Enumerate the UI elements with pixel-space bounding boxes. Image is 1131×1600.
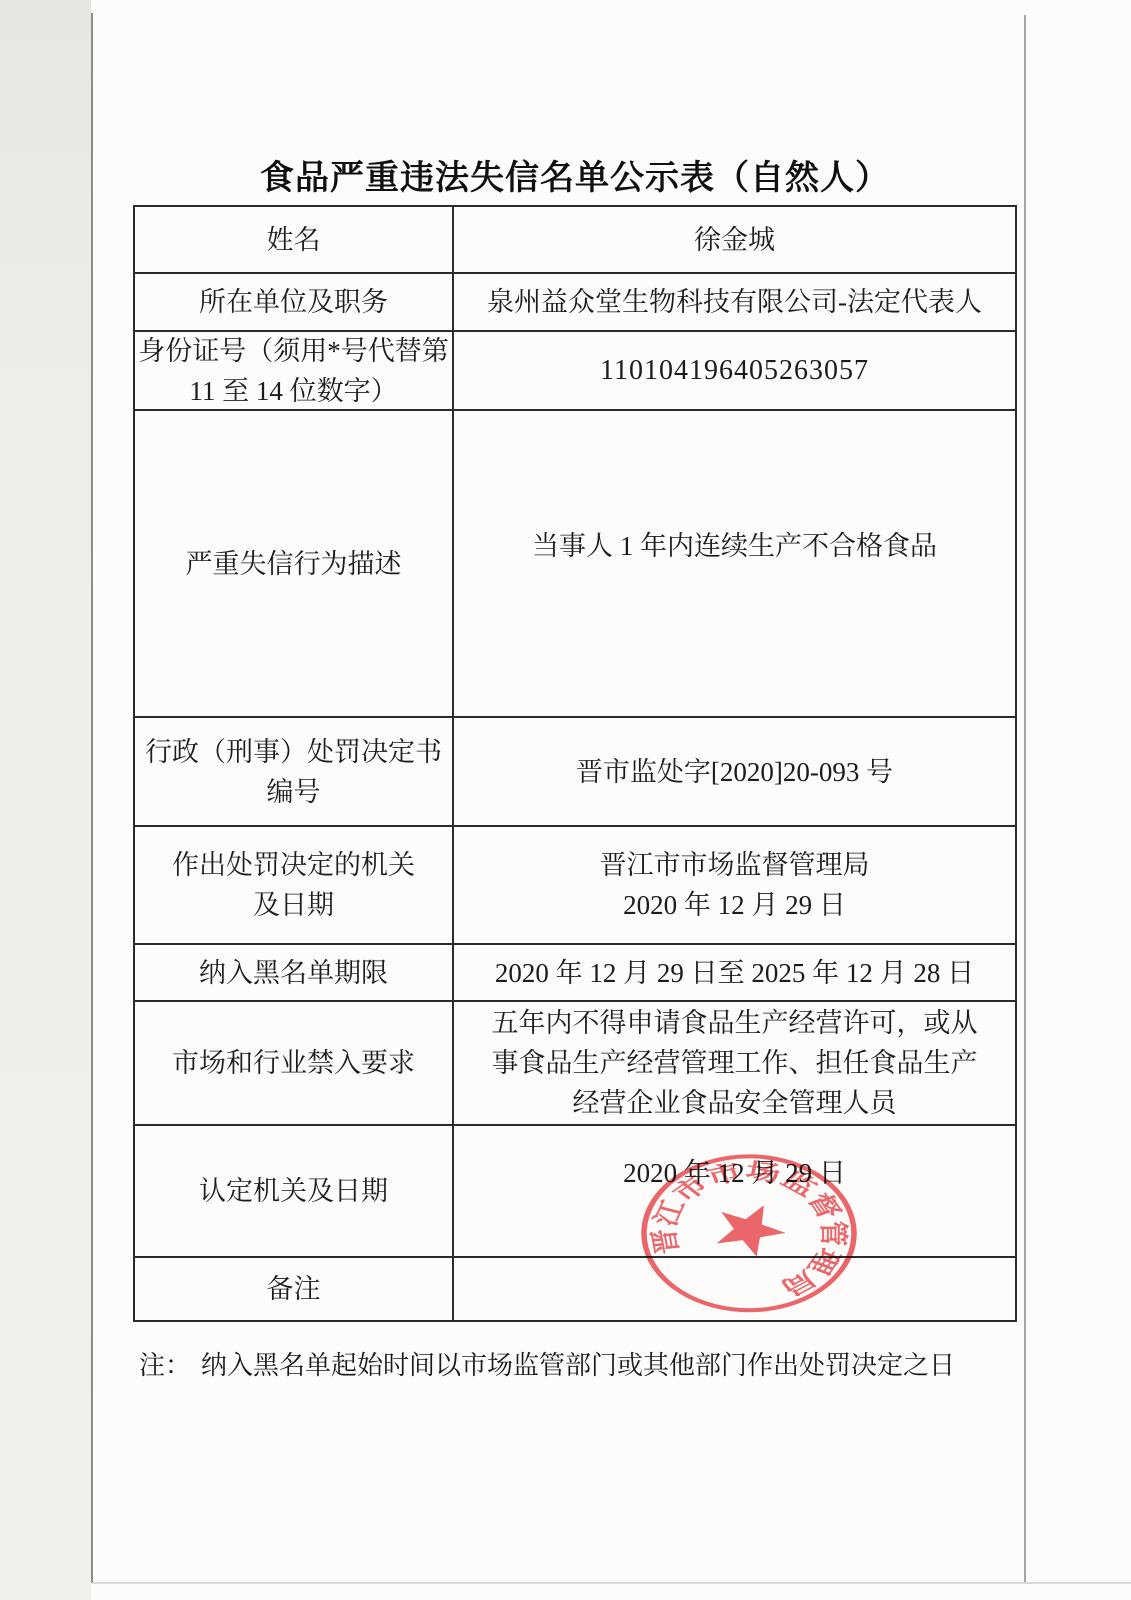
row-value-organization: 泉州益众堂生物科技有限公司-法定代表人: [454, 274, 1015, 330]
row-label-penalty-authority-date: 作出处罚决定的机关 及日期: [135, 827, 454, 943]
table-row-id-number: 身份证号（须用*号代替第 11 至 14 位数字） 11010419640526…: [135, 330, 1015, 409]
row-label-blacklist-period: 纳入黑名单期限: [135, 945, 454, 1000]
footnote-label: 注：: [139, 1349, 191, 1383]
scan-edge-line-right: [1024, 15, 1026, 1583]
table-row-dishonesty-description: 严重失信行为描述 当事人 1 年内连续生产不合格食品: [135, 409, 1015, 716]
row-label-id-number: 身份证号（须用*号代替第 11 至 14 位数字）: [135, 332, 454, 409]
official-seal-stamp: 晋江市市场监督管理局: [632, 1137, 866, 1333]
table-row-penalty-authority-date: 作出处罚决定的机关 及日期 晋江市市场监督管理局 2020 年 12 月 29 …: [135, 825, 1015, 943]
table-row-confirming-authority-date: 认定机关及日期 2020 年 12 月 29 日: [135, 1124, 1015, 1256]
table-row-blacklist-period: 纳入黑名单期限 2020 年 12 月 29 日至 2025 年 12 月 28…: [135, 943, 1015, 1000]
table-row-name: 姓名 徐金城: [135, 207, 1015, 272]
seal-star-icon: [704, 1195, 796, 1261]
row-value-penalty-authority-date: 晋江市市场监督管理局 2020 年 12 月 29 日: [454, 827, 1015, 943]
table-row-market-ban-requirements: 市场和行业禁入要求 五年内不得申请食品生产经营许可，或从 事食品生产经营管理工作…: [135, 1000, 1015, 1124]
row-label-dishonesty-description: 严重失信行为描述: [135, 411, 454, 716]
scan-left-margin: [0, 0, 91, 1600]
scan-edge-line-left: [91, 13, 93, 1583]
table-row-organization: 所在单位及职务 泉州益众堂生物科技有限公司-法定代表人: [135, 272, 1015, 330]
row-label-remarks: 备注: [135, 1258, 454, 1320]
row-label-confirming-authority-date: 认定机关及日期: [135, 1126, 454, 1256]
table-row-penalty-decision-number: 行政（刑事）处罚决定书 编号 晋市监处字[2020]20-093 号: [135, 716, 1015, 825]
row-label-penalty-decision-number: 行政（刑事）处罚决定书 编号: [135, 718, 454, 825]
scanned-page: 食品严重违法失信名单公示表（自然人） 姓名 徐金城 所在单位及职务 泉州益众堂生…: [0, 0, 1131, 1600]
row-value-penalty-decision-number: 晋市监处字[2020]20-093 号: [454, 718, 1015, 825]
row-value-blacklist-period: 2020 年 12 月 29 日至 2025 年 12 月 28 日: [454, 945, 1015, 1000]
row-label-market-ban-requirements: 市场和行业禁入要求: [135, 1002, 454, 1124]
blacklist-table: 姓名 徐金城 所在单位及职务 泉州益众堂生物科技有限公司-法定代表人 身份证号（…: [133, 205, 1017, 1322]
row-value-dishonesty-description: 当事人 1 年内连续生产不合格食品: [454, 411, 1015, 716]
row-value-id-number: 110104196405263057: [454, 332, 1015, 409]
footnote-text: 纳入黑名单起始时间以市场监管部门或其他部门作出处罚决定之日: [201, 1349, 955, 1383]
page-title: 食品严重违法失信名单公示表（自然人）: [133, 156, 1017, 200]
footnote: 注： 纳入黑名单起始时间以市场监管部门或其他部门作出处罚决定之日: [139, 1349, 1019, 1383]
row-value-market-ban-requirements: 五年内不得申请食品生产经营许可，或从 事食品生产经营管理工作、担任食品生产 经营…: [454, 1002, 1015, 1124]
table-row-remarks: 备注: [135, 1256, 1015, 1320]
row-value-name: 徐金城: [454, 207, 1015, 272]
scan-edge-line-bottom: [92, 1582, 1131, 1584]
row-label-name: 姓名: [135, 207, 454, 272]
row-label-organization: 所在单位及职务: [135, 274, 454, 330]
